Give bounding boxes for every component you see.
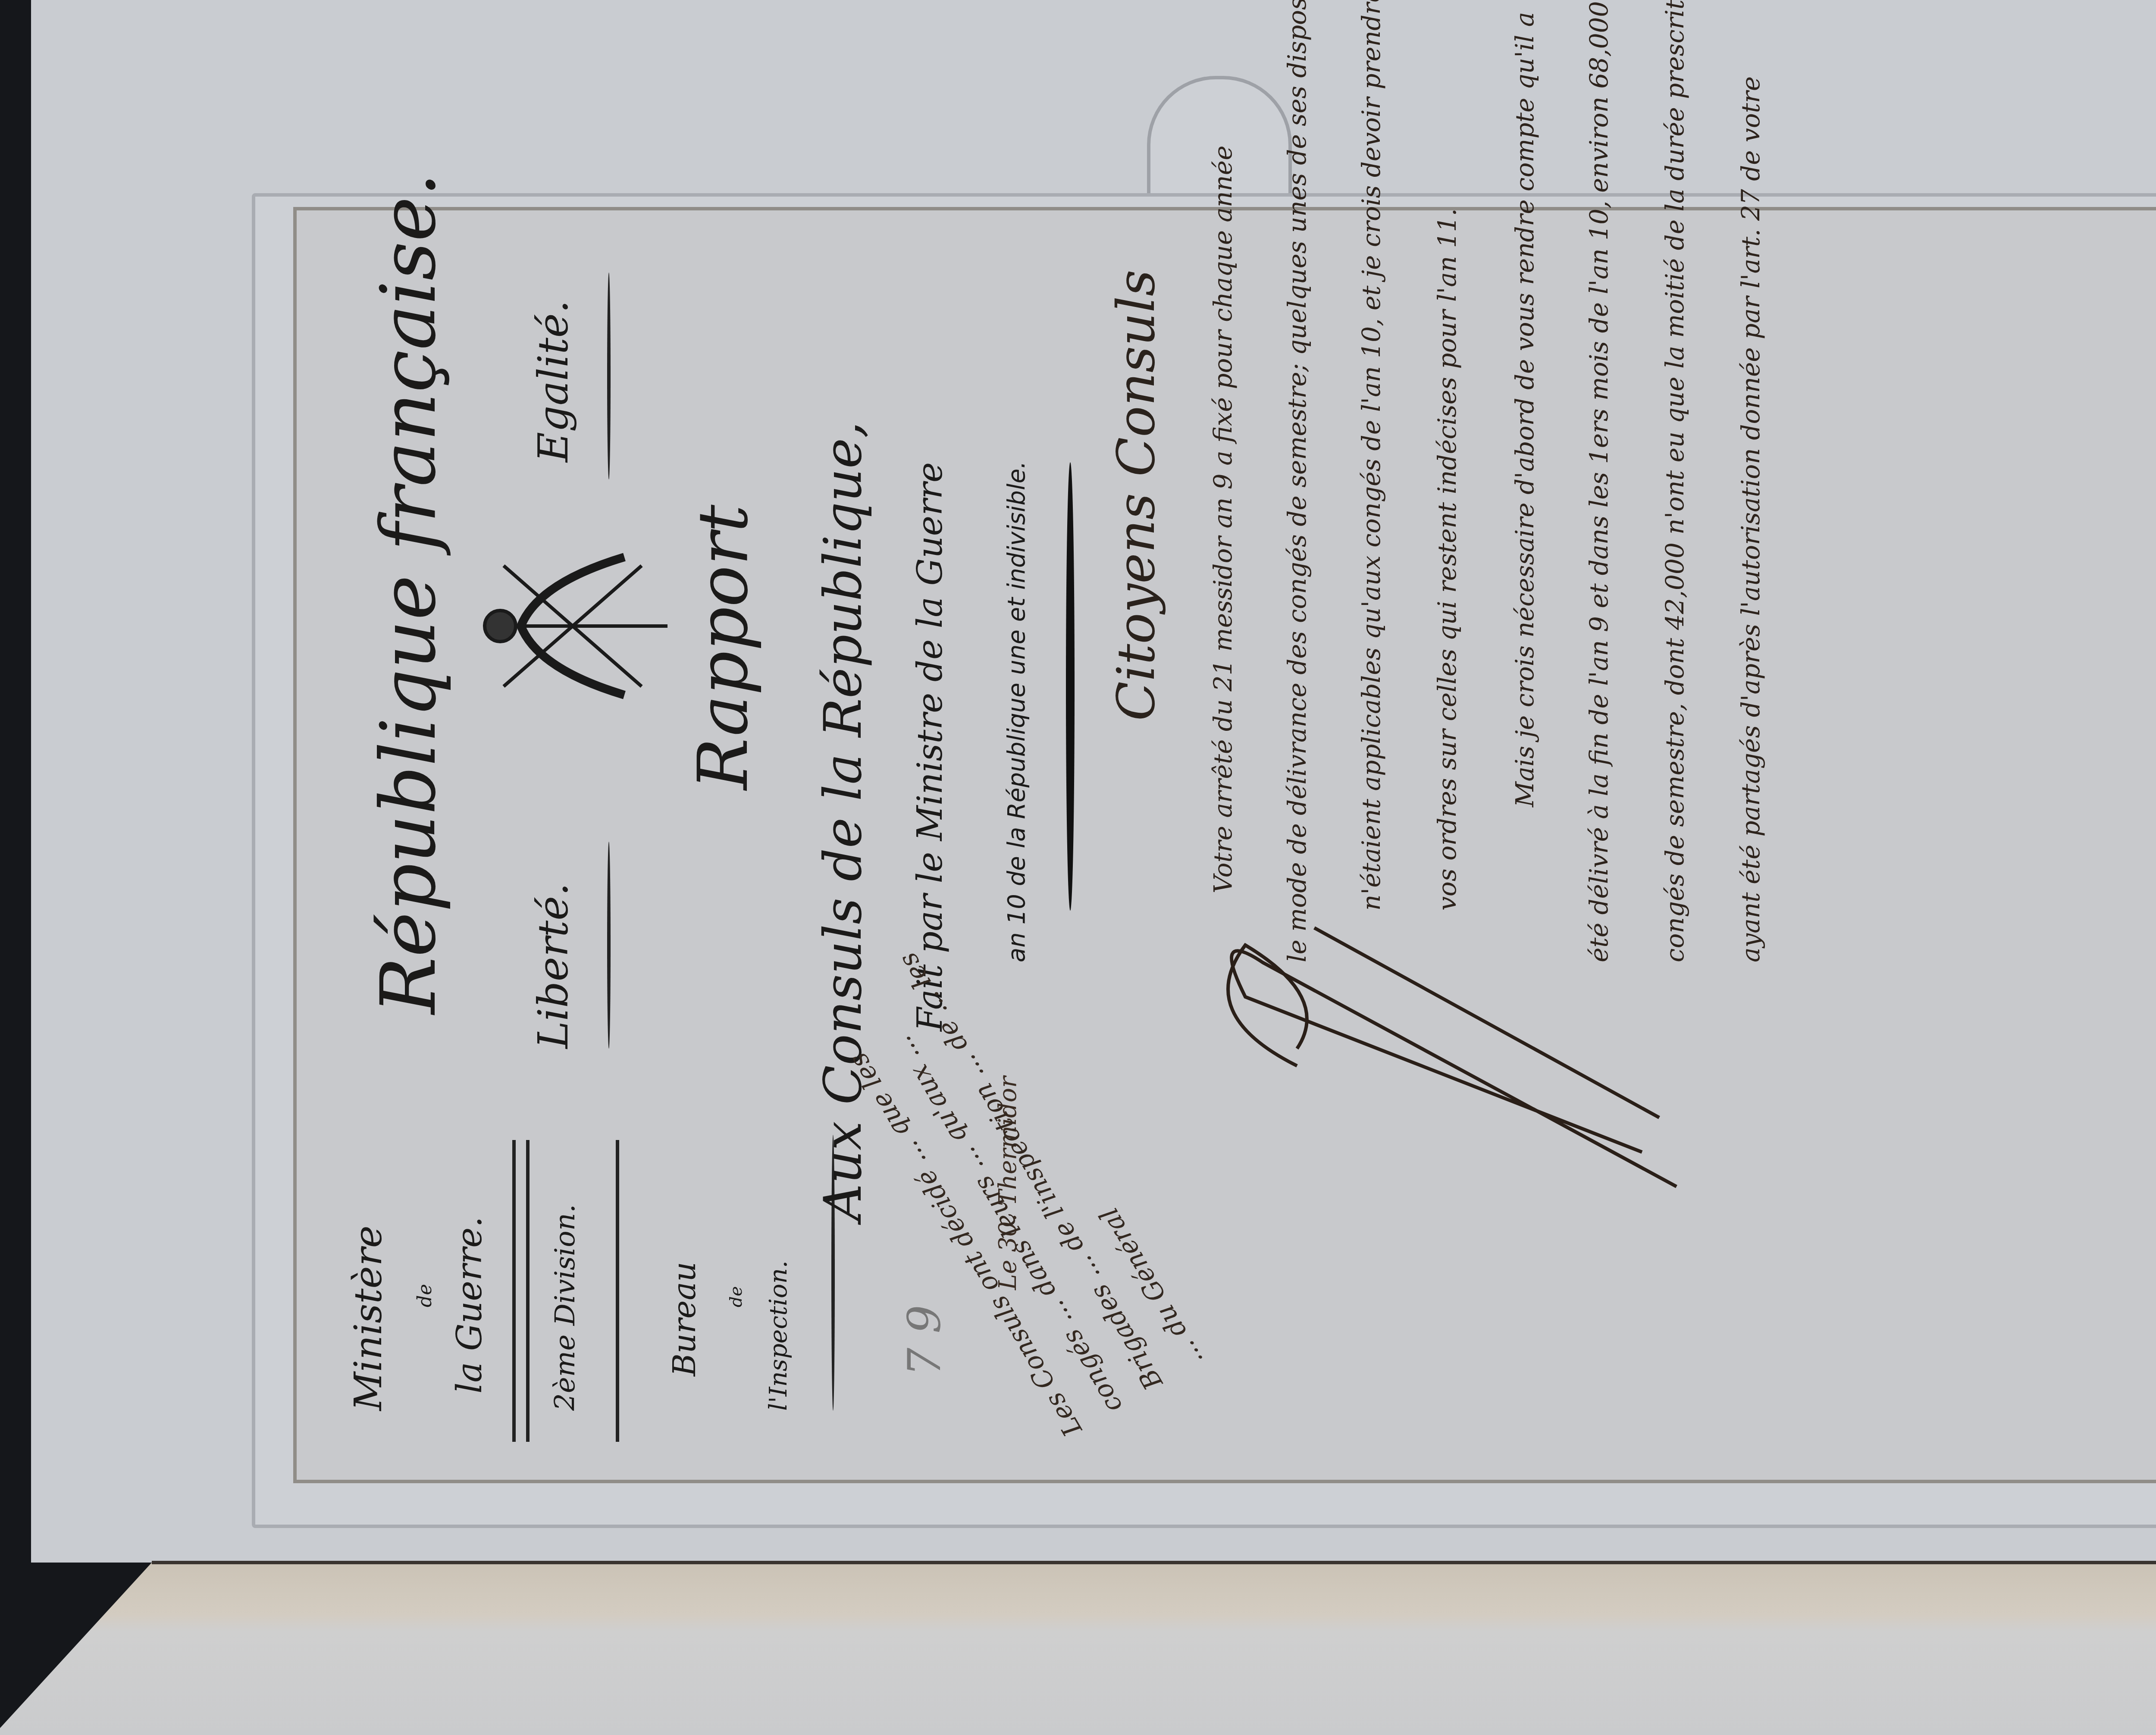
bureau-name: l'Inspection.: [766, 1260, 793, 1411]
body-line: congés de semestre, dont 42,000 n'ont eu…: [1663, 0, 1690, 962]
body-line: n'étaient applicables qu'aux congés de l…: [1359, 0, 1387, 911]
signature-flourish-icon: [1194, 876, 1711, 1221]
body-line: vos ordres sur celles qui restent indéci…: [1435, 208, 1463, 911]
fasces-emblem-icon: [469, 531, 676, 721]
flourish-divider: [607, 272, 611, 479]
printed-date: an 10 de la République une et indivisibl…: [1004, 461, 1031, 962]
document-holder: Ministère de la Guerre. 2ème Division. B…: [293, 207, 2156, 1483]
ministry-de: de: [414, 1284, 436, 1307]
ministry-label: Ministère: [348, 1225, 392, 1411]
body-line: été délivré à la fin de l'an 9 et dans l…: [1587, 0, 1614, 962]
body-line: Mais je crois nécessaire d'abord de vous…: [1513, 12, 1540, 807]
pencil-annotation: 7 9: [900, 1305, 952, 1376]
photo-frame: Ministère de la Guerre. 2ème Division. B…: [0, 0, 2156, 1735]
division-label: 2ème Division.: [548, 1204, 581, 1411]
flourish-divider: [607, 842, 611, 1049]
body-line: ayant été partagés d'après l'autorisatio…: [1739, 76, 1766, 962]
body-line: le mode de délivrance des congés de seme…: [1285, 0, 1313, 962]
bureau-de: de: [728, 1286, 747, 1307]
ministry-name: la Guerre.: [448, 1216, 490, 1394]
report-heading: Rapport: [685, 505, 764, 790]
rule-divider: [616, 1140, 619, 1442]
page-edge: [152, 1561, 2156, 1564]
motto-liberte: Liberté.: [530, 883, 578, 1049]
body-line: Votre arrêté du 21 messidor an 9 a fixé …: [1211, 145, 1238, 893]
double-rule-divider: [512, 1140, 530, 1442]
page-title: République française.: [366, 172, 454, 1014]
heavy-rule-divider: [1066, 462, 1075, 911]
bureau-label: Bureau: [667, 1262, 704, 1376]
lower-album-page: [0, 1563, 2156, 1735]
salutation: Citoyens Consuls: [1107, 269, 1168, 721]
report-document: Ministère de la Guerre. 2ème Division. B…: [293, 207, 2156, 1483]
motto-egalite: Egalité.: [530, 300, 578, 462]
